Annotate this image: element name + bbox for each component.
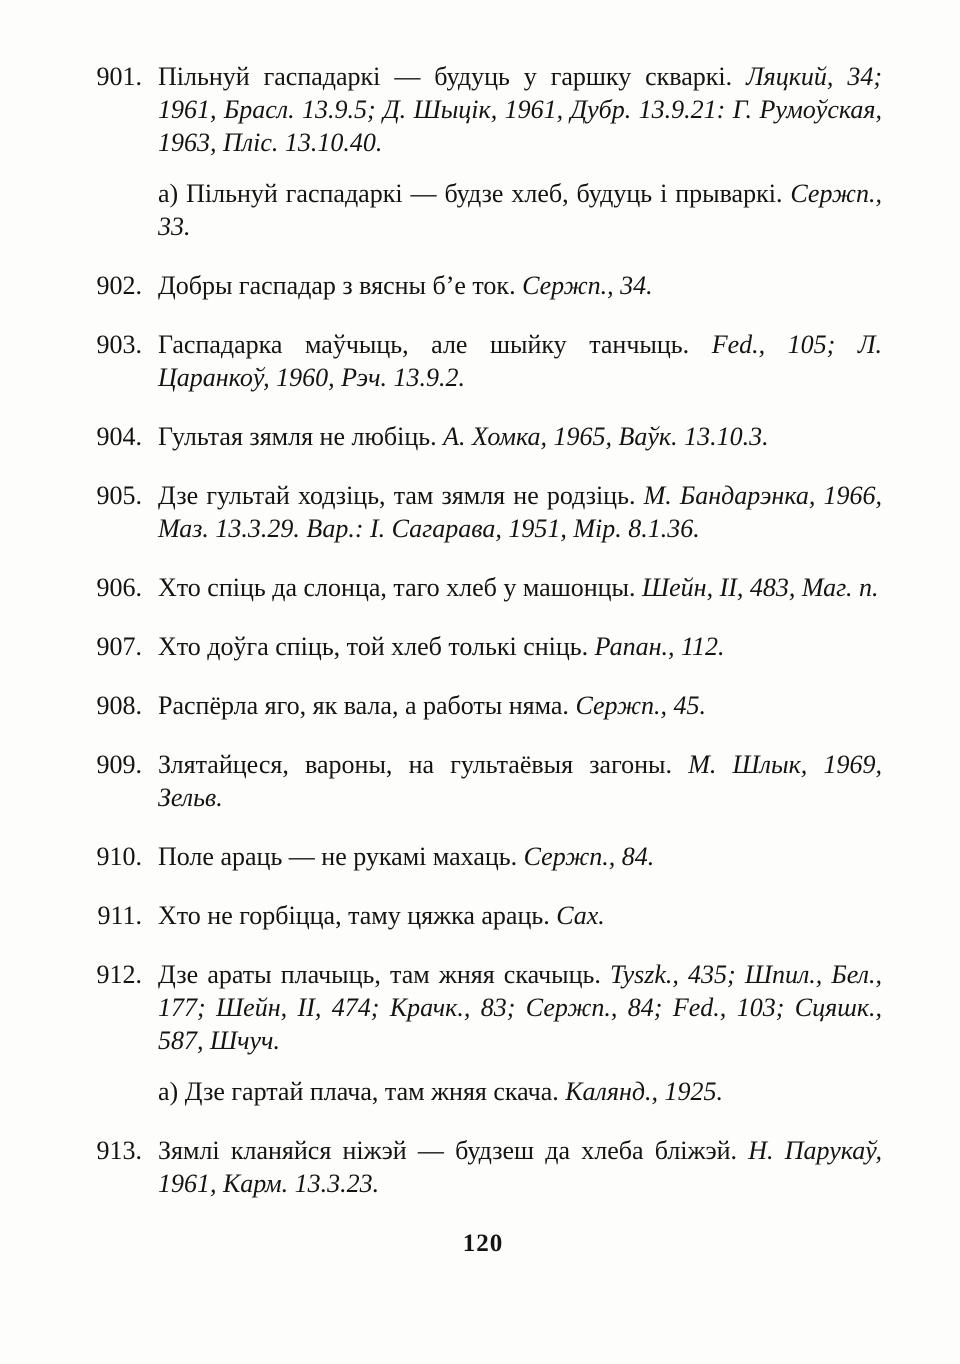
list-item: 908.Распёрла яго, як вала, а работы няма… <box>84 689 882 722</box>
proverb-text: Гультая зямля не любіць. <box>158 422 443 451</box>
proverb-text: Распёрла яго, як вала, а работы няма. <box>158 691 575 720</box>
list-item: 905.Дзе гультай ходзіць, там зямля не ро… <box>84 479 882 545</box>
entry-body: Добры гаспадар з вясны б’е ток. Сержп., … <box>158 269 882 302</box>
list-item: 903.Гаспадарка маўчыць, але шыйку танчыц… <box>84 328 882 394</box>
entry-number: 911. <box>84 899 142 932</box>
proverb-text: Злятайцеся, вароны, на гультаёвыя загоны… <box>158 750 688 779</box>
entry-body: Хто не горбіцца, таму цяжка араць. Сах. <box>158 899 882 932</box>
entry-number: 913. <box>84 1134 142 1167</box>
entry-main-line: Злятайцеся, вароны, на гультаёвыя загоны… <box>158 748 882 814</box>
list-item: 904.Гультая зямля не любіць. А. Хомка, 1… <box>84 420 882 453</box>
proverb-text: Дзе араты плачыць, там жняя скачыць. <box>158 960 610 989</box>
list-item: 906.Хто спіць да слонца, таго хлеб у маш… <box>84 571 882 604</box>
entry-body: Злятайцеся, вароны, на гультаёвыя загоны… <box>158 748 882 814</box>
source-citation: Шейн, II, 483, Маг. п. <box>642 573 878 602</box>
proverb-text: Зямлі кланяйся ніжэй — будзеш да хлеба б… <box>158 1136 748 1165</box>
source-citation: Рапан., 112. <box>595 632 725 661</box>
proverb-text: Хто не горбіцца, таму цяжка араць. <box>158 901 556 930</box>
entry-number: 910. <box>84 840 142 873</box>
entry-main-line: Добры гаспадар з вясны б’е ток. Сержп., … <box>158 269 882 302</box>
entry-main-line: Дзе гультай ходзіць, там зямля не родзіц… <box>158 479 882 545</box>
entry-number: 904. <box>84 420 142 453</box>
book-page: 901.Пільнуй гаспадаркі — будуць у гаршку… <box>0 0 960 1364</box>
proverb-text: Добры гаспадар з вясны б’е ток. <box>158 271 522 300</box>
proverb-text: Поле араць — не рукамі махаць. <box>158 842 524 871</box>
proverb-text: Пільнуй гаспадаркі — будуць у гаршку скв… <box>158 62 746 91</box>
source-citation: Сержп., 45. <box>575 691 706 720</box>
source-citation: Сержп., 84. <box>524 842 655 871</box>
entry-body: Распёрла яго, як вала, а работы няма. Се… <box>158 689 882 722</box>
entry-body: Дзе гультай ходзіць, там зямля не родзіц… <box>158 479 882 545</box>
list-item: 913.Зямлі кланяйся ніжэй — будзеш да хле… <box>84 1134 882 1200</box>
entry-number: 902. <box>84 269 142 302</box>
proverb-text: Гаспадарка маўчыць, але шыйку танчыць. <box>158 330 712 359</box>
entry-body: Пільнуй гаспадаркі — будуць у гаршку скв… <box>158 60 882 243</box>
list-item: 901.Пільнуй гаспадаркі — будуць у гаршку… <box>84 60 882 243</box>
list-item: 911.Хто не горбіцца, таму цяжка араць. С… <box>84 899 882 932</box>
entry-main-line: Хто не горбіцца, таму цяжка араць. Сах. <box>158 899 882 932</box>
entry-number: 901. <box>84 60 142 93</box>
entry-main-line: Пільнуй гаспадаркі — будуць у гаршку скв… <box>158 60 882 159</box>
page-number: 120 <box>463 1227 504 1260</box>
list-item: 912.Дзе араты плачыць, там жняя скачыць.… <box>84 958 882 1108</box>
entry-number: 908. <box>84 689 142 722</box>
entry-body: Дзе араты плачыць, там жняя скачыць. Tys… <box>158 958 882 1108</box>
entry-body: Поле араць — не рукамі махаць. Сержп., 8… <box>158 840 882 873</box>
entry-main-line: Гультая зямля не любіць. А. Хомка, 1965,… <box>158 420 882 453</box>
entry-variant-line: а) Пільнуй гаспадаркі — будзе хлеб, буду… <box>158 177 882 243</box>
entry-body: Гультая зямля не любіць. А. Хомка, 1965,… <box>158 420 882 453</box>
entry-number: 905. <box>84 479 142 512</box>
entry-body: Гаспадарка маўчыць, але шыйку танчыць. F… <box>158 328 882 394</box>
list-item: 910.Поле араць — не рукамі махаць. Сержп… <box>84 840 882 873</box>
entry-main-line: Поле араць — не рукамі махаць. Сержп., 8… <box>158 840 882 873</box>
entry-main-line: Хто спіць да слонца, таго хлеб у машонцы… <box>158 571 882 604</box>
source-citation: Сах. <box>556 901 605 930</box>
list-item: 902.Добры гаспадар з вясны б’е ток. Серж… <box>84 269 882 302</box>
entry-main-line: Дзе араты плачыць, там жняя скачыць. Tys… <box>158 958 882 1057</box>
entry-main-line: Хто доўга спіць, той хлеб толькі сніць. … <box>158 630 882 663</box>
entry-number: 903. <box>84 328 142 361</box>
source-citation: Калянд., 1925. <box>565 1077 723 1106</box>
entry-main-line: Зямлі кланяйся ніжэй — будзеш да хлеба б… <box>158 1134 882 1200</box>
entry-main-line: Распёрла яго, як вала, а работы няма. Се… <box>158 689 882 722</box>
entry-list: 901.Пільнуй гаспадаркі — будуць у гаршку… <box>84 60 882 1200</box>
page-footer: 120 <box>84 1226 882 1260</box>
proverb-text: а) Пільнуй гаспадаркі — будзе хлеб, буду… <box>158 179 790 208</box>
entry-main-line: Гаспадарка маўчыць, але шыйку танчыць. F… <box>158 328 882 394</box>
entry-body: Хто спіць да слонца, таго хлеб у машонцы… <box>158 571 882 604</box>
entry-number: 906. <box>84 571 142 604</box>
entry-variant-line: а) Дзе гартай плача, там жняя скача. Кал… <box>158 1075 882 1108</box>
entry-number: 909. <box>84 748 142 781</box>
entry-number: 907. <box>84 630 142 663</box>
proverb-text: Хто доўга спіць, той хлеб толькі сніць. <box>158 632 595 661</box>
proverb-text: Дзе гультай ходзіць, там зямля не родзіц… <box>158 481 644 510</box>
list-item: 907.Хто доўга спіць, той хлеб толькі сні… <box>84 630 882 663</box>
source-citation: Сержп., 34. <box>522 271 653 300</box>
proverb-text: Хто спіць да слонца, таго хлеб у машонцы… <box>158 573 642 602</box>
entry-number: 912. <box>84 958 142 991</box>
source-citation: А. Хомка, 1965, Ваўк. 13.10.3. <box>443 422 768 451</box>
proverb-text: а) Дзе гартай плача, там жняя скача. <box>158 1077 565 1106</box>
entry-body: Зямлі кланяйся ніжэй — будзеш да хлеба б… <box>158 1134 882 1200</box>
list-item: 909.Злятайцеся, вароны, на гультаёвыя за… <box>84 748 882 814</box>
entry-body: Хто доўга спіць, той хлеб толькі сніць. … <box>158 630 882 663</box>
